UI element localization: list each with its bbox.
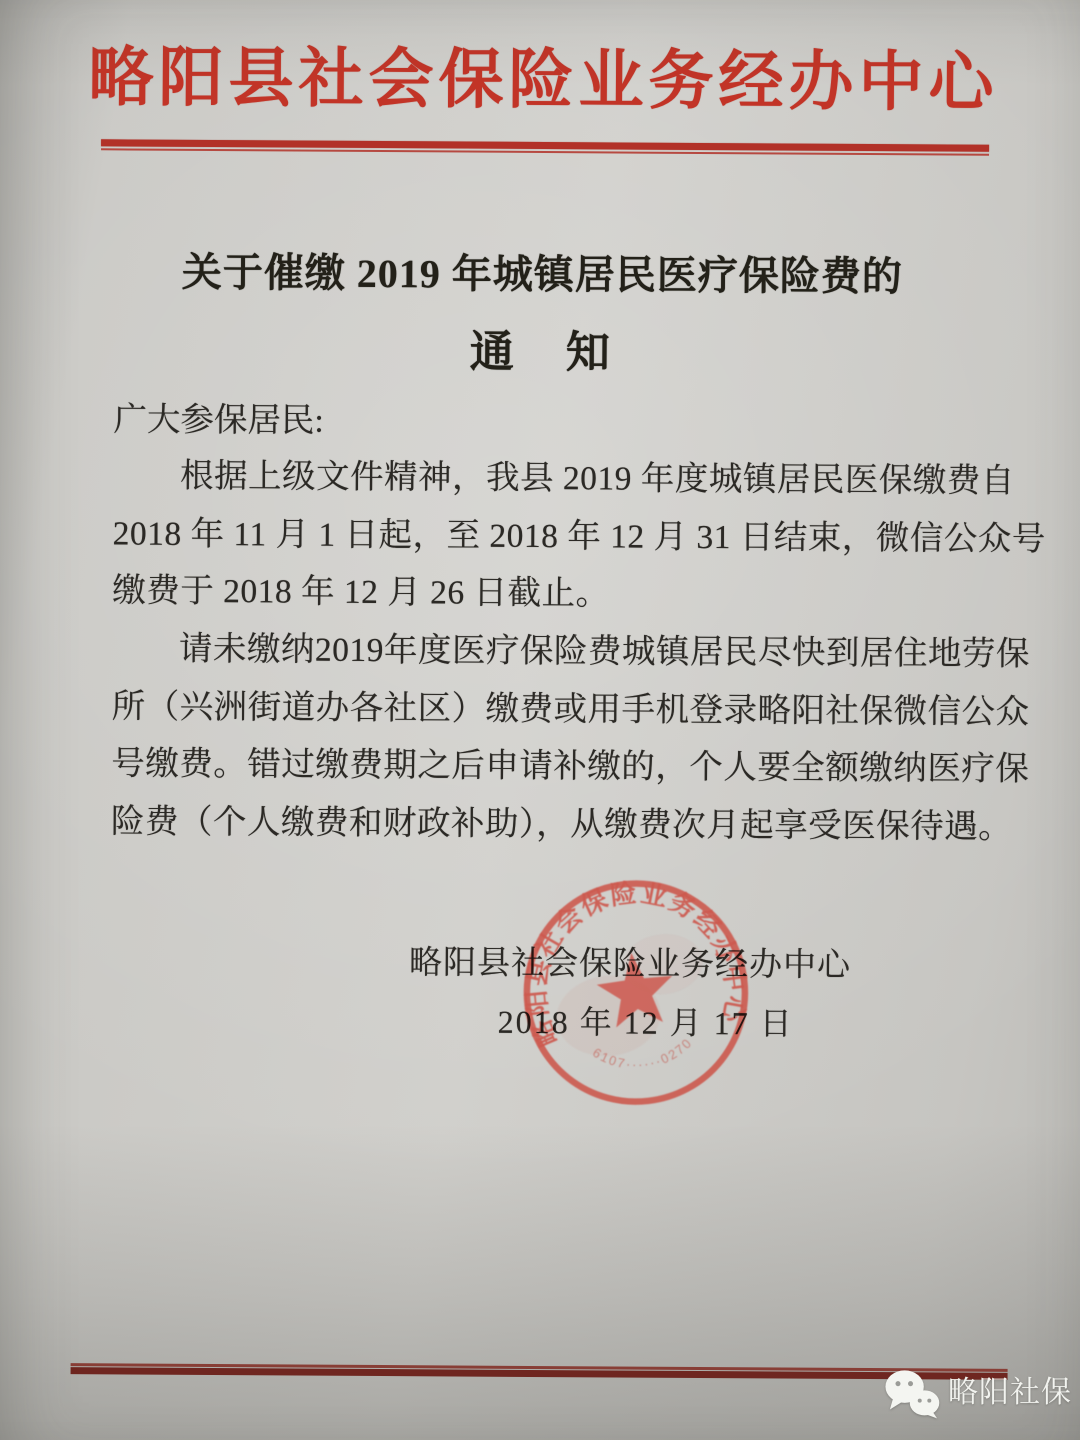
body-line: 请未缴纳2019年度医疗保险费城镇居民尽快到居住地劳保 (112, 620, 1012, 683)
doc-title-line1: 关于催缴 2019 年城镇居民医疗保险费的 (2, 240, 1080, 304)
body-line: 所（兴洲街道办各社区）缴费或用手机登录略阳社保微信公众 (111, 678, 1011, 741)
body-line: 根据上级文件精神，我县 2019 年度城镇居民医保缴费自 (113, 447, 1013, 510)
official-seal: 略阳县社会保险业务经办中心 6107······0270 (515, 872, 756, 1113)
salutation: 广大参保居民: (113, 391, 324, 450)
account-watermark: 略阳社保 (884, 1368, 1072, 1420)
notice-sheet: 略阳县社会保险业务经办中心 关于催缴 2019 年城镇居民医疗保险费的 通 知 … (0, 0, 1080, 1440)
letterhead-rule (101, 139, 989, 155)
body-line: 缴费于 2018 年 12 月 26 日截止。 (112, 562, 1012, 625)
paragraph-1: 根据上级文件精神，我县 2019 年度城镇居民医保缴费自 2018 年 11 月… (112, 447, 1013, 625)
wechat-icon (884, 1368, 940, 1420)
doc-title: 关于催缴 2019 年城镇居民医疗保险费的 通 知 (2, 240, 1080, 384)
doc-title-line2: 通 知 (2, 313, 1080, 384)
paragraph-2: 请未缴纳2019年度医疗保险费城镇居民尽快到居住地劳保 所（兴洲街道办各社区）缴… (111, 620, 1012, 855)
document-photo: 略阳县社会保险业务经办中心 关于催缴 2019 年城镇居民医疗保险费的 通 知 … (0, 0, 1080, 1440)
letterhead-org-name: 略阳县社会保险业务经办中心 (3, 31, 1080, 132)
footer-rule (71, 1363, 1008, 1380)
body-line: 号缴费。错过缴费期之后申请补缴的，个人要全额缴纳医疗保 (111, 735, 1011, 798)
body-line: 2018 年 11 月 1 日起，至 2018 年 12 月 31 日结束，微信… (113, 505, 1013, 568)
watermark-label: 略阳社保 (948, 1376, 1072, 1410)
body-line: 险费（个人缴费和财政补助），从缴费次月起享受医保待遇。 (111, 793, 1011, 856)
